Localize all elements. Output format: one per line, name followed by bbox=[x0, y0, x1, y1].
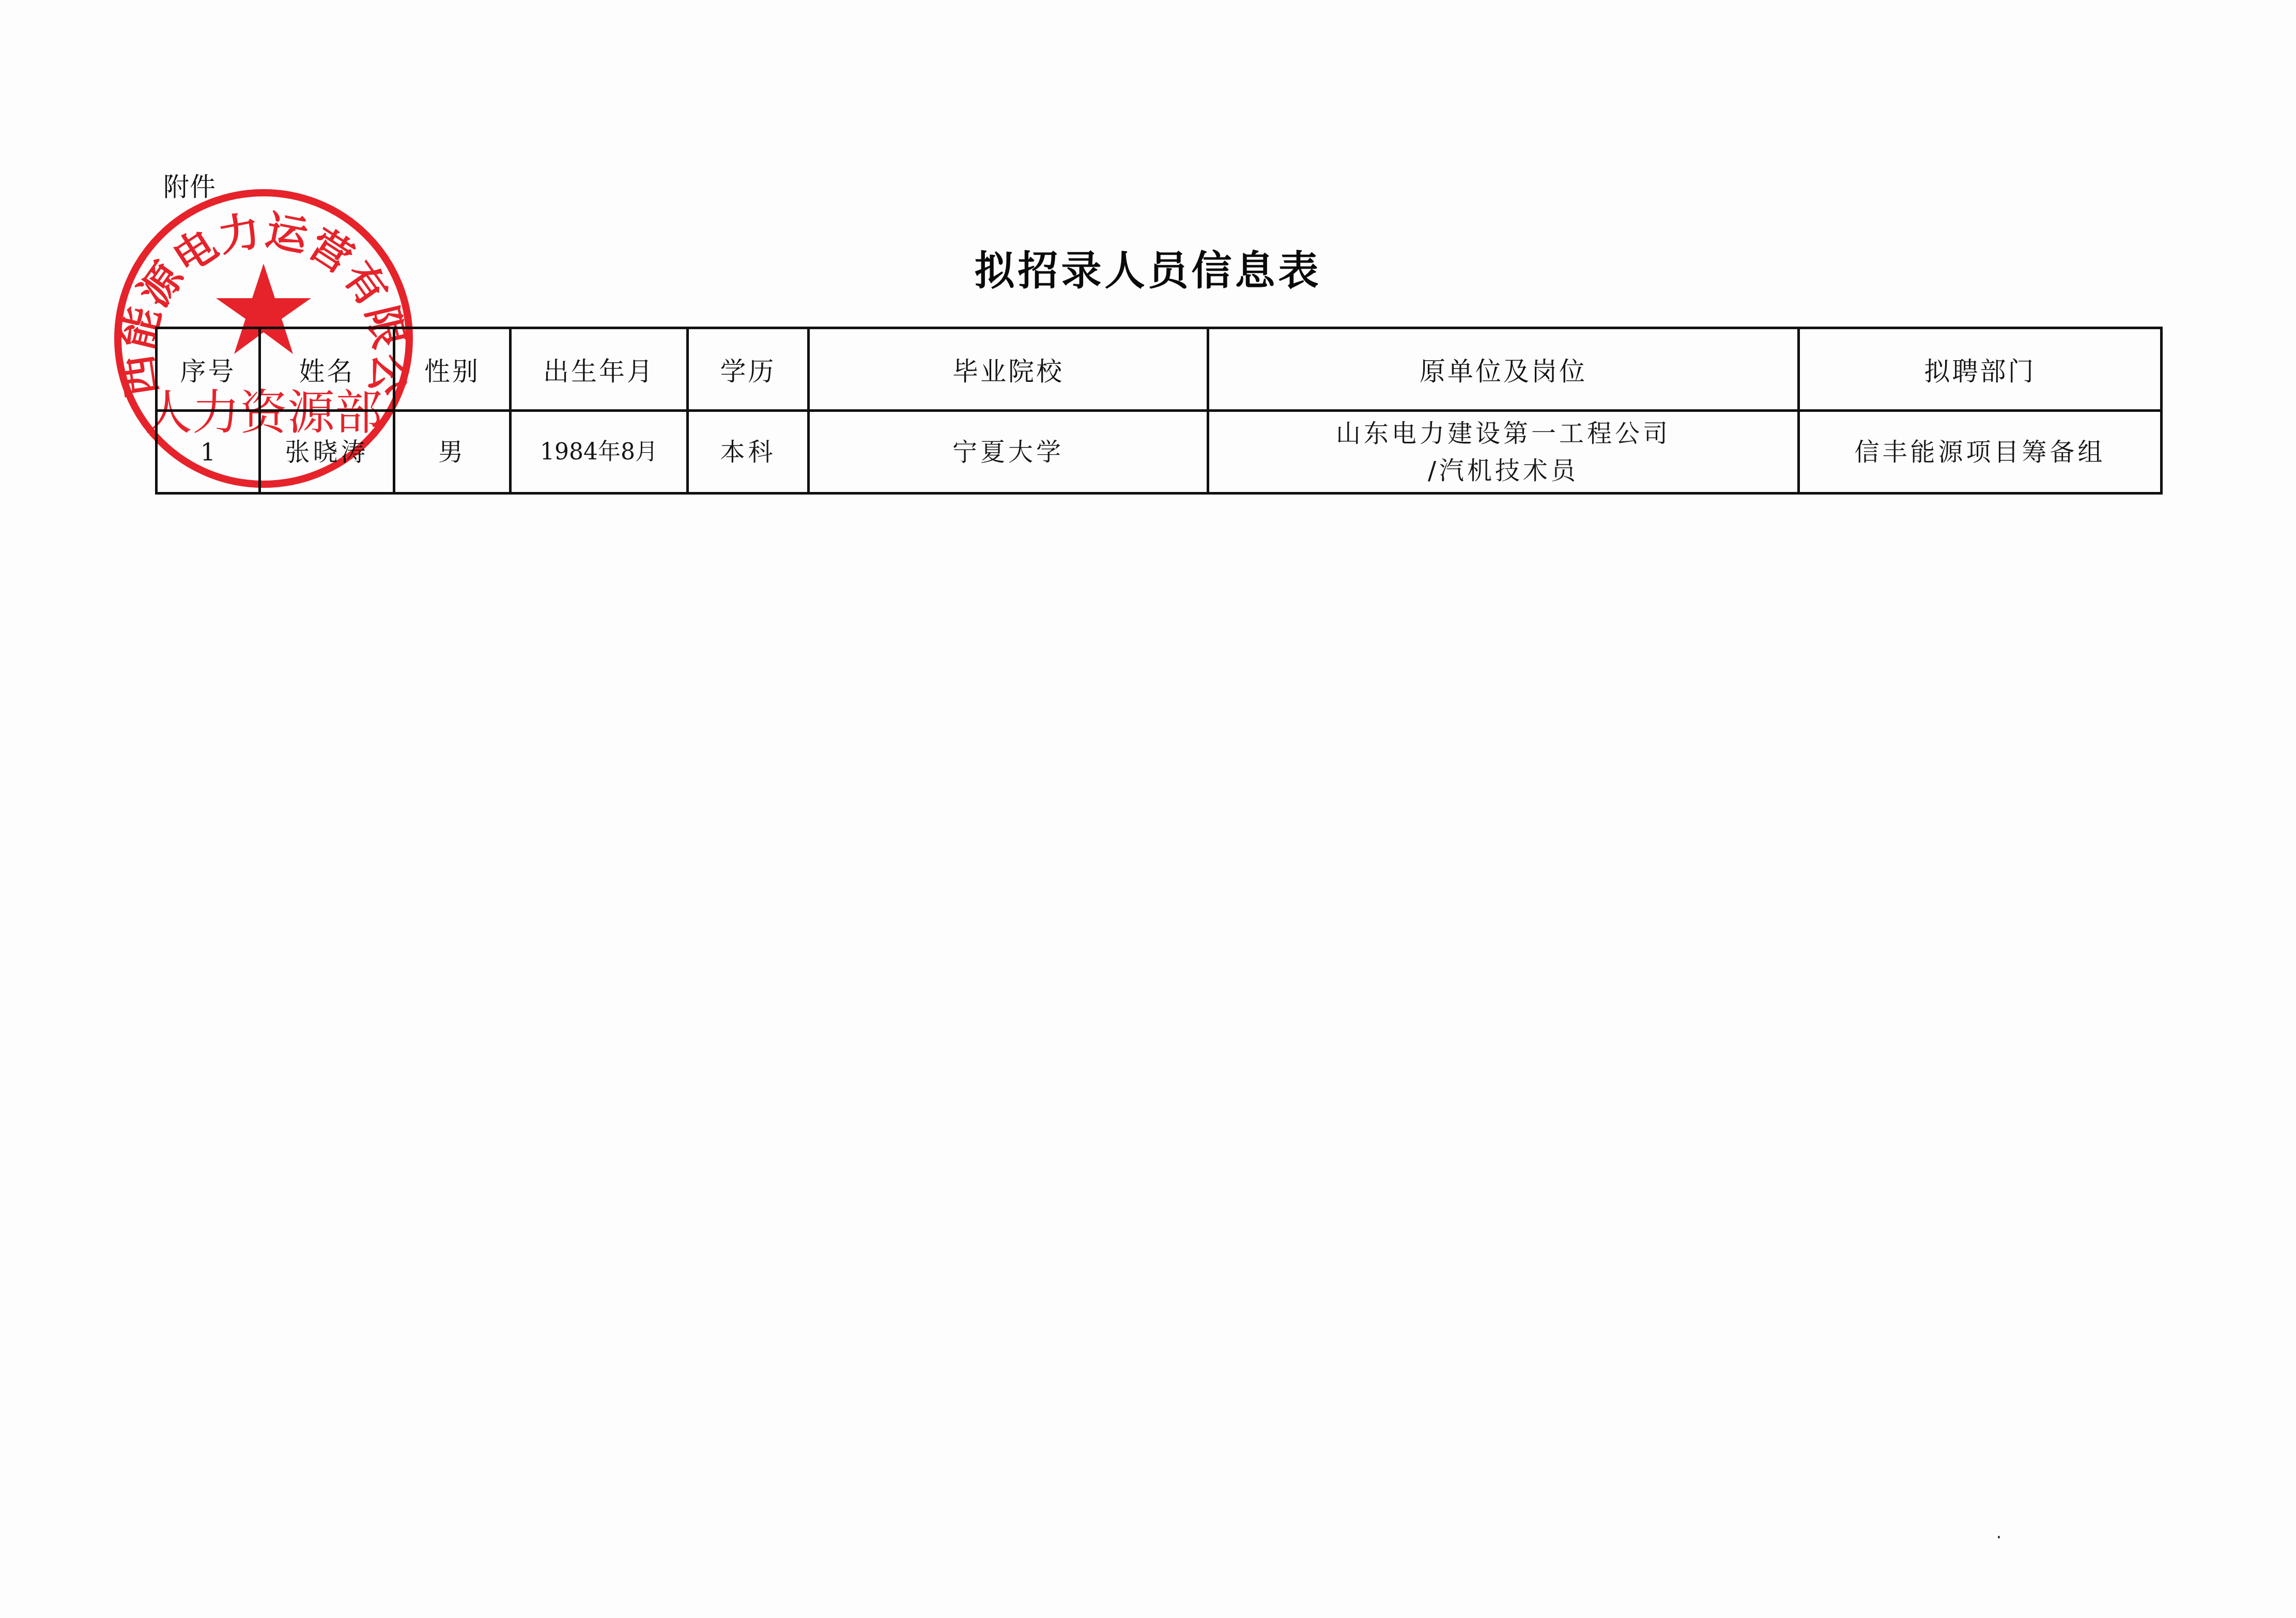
header-birth: 出生年月 bbox=[511, 328, 688, 411]
former-unit-position: /汽机技术员 bbox=[1209, 452, 1797, 489]
header-gender: 性别 bbox=[394, 328, 511, 411]
table-row: 1 张晓涛 男 1984年8月 本科 宁夏大学 山东电力建设第一工程公司 /汽机… bbox=[157, 411, 2162, 494]
recruit-info-table: 序号 姓名 性别 出生年月 学历 毕业院校 原单位及岗位 拟聘部门 1 张晓涛 … bbox=[155, 327, 2163, 495]
cell-name: 张晓涛 bbox=[260, 411, 394, 494]
cell-former-unit: 山东电力建设第一工程公司 /汽机技术员 bbox=[1208, 411, 1799, 494]
cell-education: 本科 bbox=[688, 411, 809, 494]
header-department: 拟聘部门 bbox=[1799, 328, 2162, 411]
cell-birth: 1984年8月 bbox=[511, 411, 688, 494]
former-unit-company: 山东电力建设第一工程公司 bbox=[1209, 415, 1797, 452]
attachment-label: 附件 bbox=[163, 166, 216, 204]
page-title: 拟招录人员信息表 bbox=[0, 239, 2296, 297]
header-education: 学历 bbox=[688, 328, 809, 411]
cell-school: 宁夏大学 bbox=[809, 411, 1208, 494]
cell-gender: 男 bbox=[394, 411, 511, 494]
header-school: 毕业院校 bbox=[809, 328, 1208, 411]
header-former-unit: 原单位及岗位 bbox=[1208, 328, 1799, 411]
header-name: 姓名 bbox=[260, 328, 394, 411]
scan-speck bbox=[1998, 1536, 2000, 1538]
header-index: 序号 bbox=[157, 328, 260, 411]
cell-index: 1 bbox=[157, 411, 260, 494]
cell-department: 信丰能源项目筹备组 bbox=[1799, 411, 2162, 494]
table-header-row: 序号 姓名 性别 出生年月 学历 毕业院校 原单位及岗位 拟聘部门 bbox=[157, 328, 2162, 411]
